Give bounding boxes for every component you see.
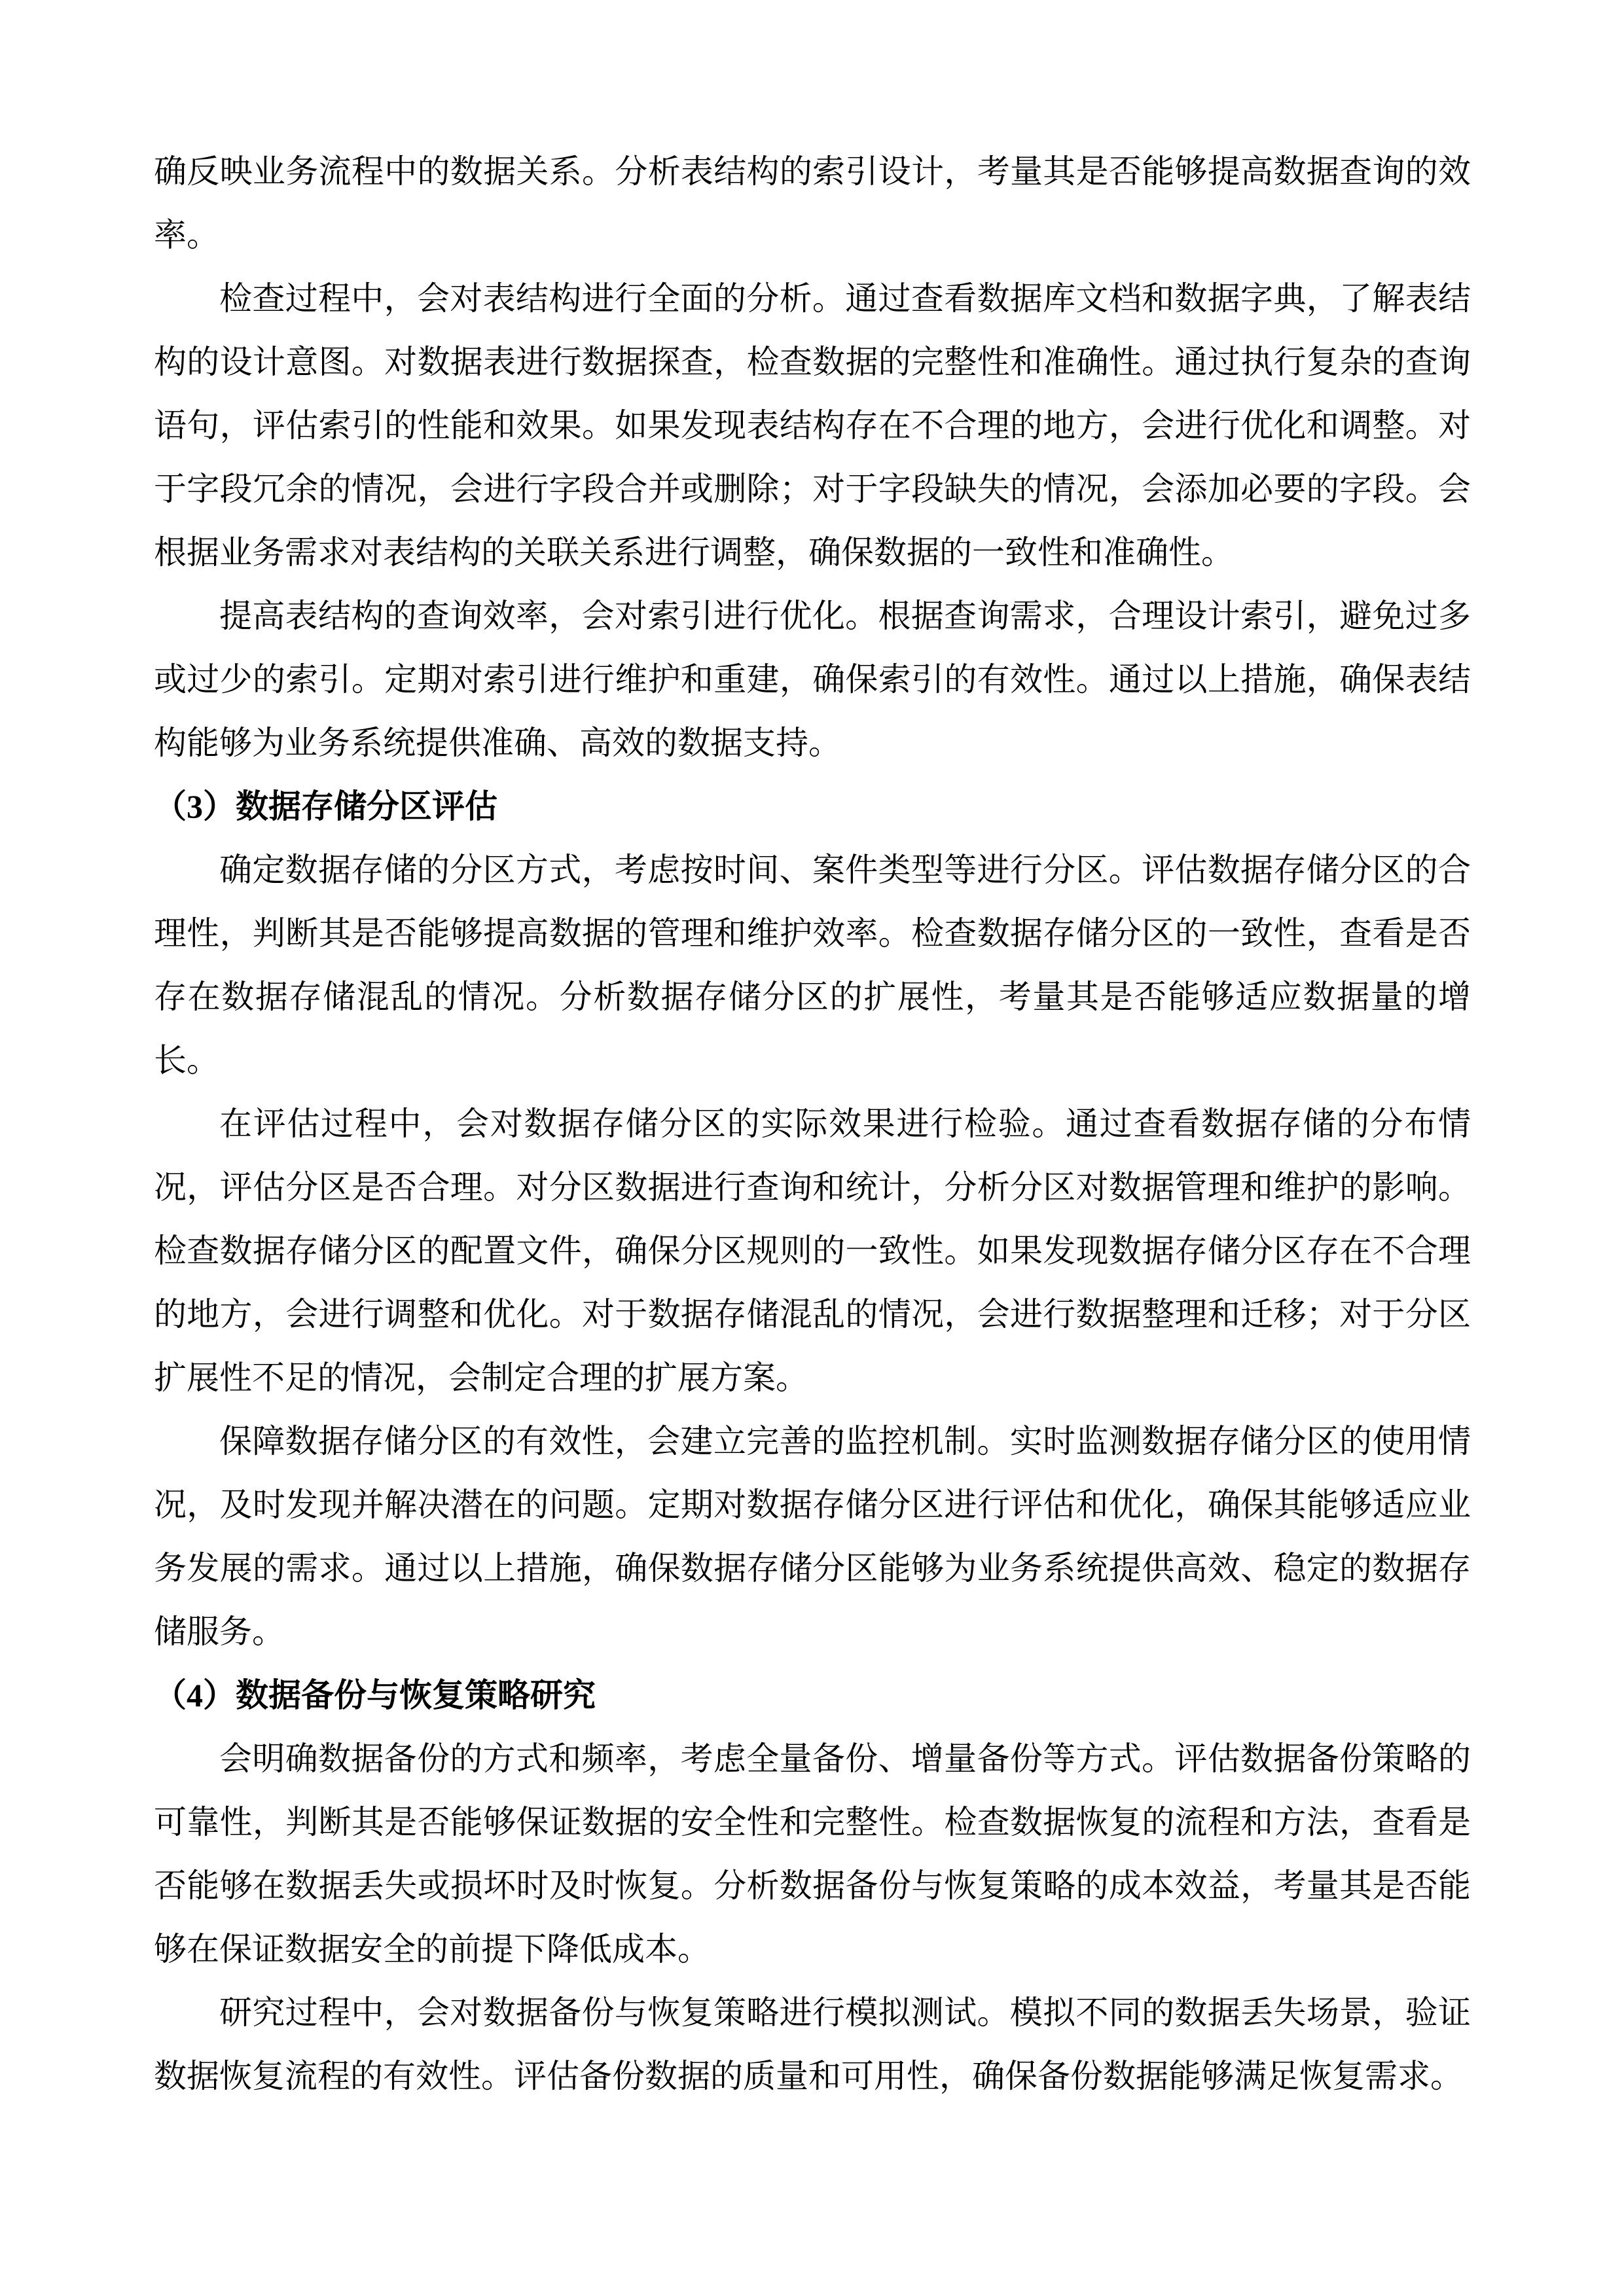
body-paragraph: 研究过程中，会对数据备份与恢复策略进行模拟测试。模拟不同的数据丢失场景，验证数据… (154, 1981, 1471, 2108)
body-paragraph: 保障数据存储分区的有效性，会建立完善的监控机制。实时监测数据存储分区的使用情况，… (154, 1410, 1471, 1664)
body-paragraph-continuation: 确反映业务流程中的数据关系。分析表结构的索引设计，考量其是否能够提高数据查询的效… (154, 140, 1471, 267)
page-body: 确反映业务流程中的数据关系。分析表结构的索引设计，考量其是否能够提高数据查询的效… (154, 140, 1471, 2108)
body-paragraph: 确定数据存储的分区方式，考虑按时间、案件类型等进行分区。评估数据存储分区的合理性… (154, 838, 1471, 1092)
body-paragraph: 提高表结构的查询效率，会对索引进行优化。根据查询需求，合理设计索引，避免过多或过… (154, 584, 1471, 775)
body-paragraph: 检查过程中，会对表结构进行全面的分析。通过查看数据库文档和数据字典，了解表结构的… (154, 267, 1471, 584)
section-heading: （4）数据备份与恢复策略研究 (154, 1664, 1471, 1727)
section-heading: （3）数据存储分区评估 (154, 775, 1471, 838)
document-page: 确反映业务流程中的数据关系。分析表结构的索引设计，考量其是否能够提高数据查询的效… (0, 0, 1624, 2296)
body-paragraph: 在评估过程中，会对数据存储分区的实际效果进行检验。通过查看数据存储的分布情况，评… (154, 1092, 1471, 1410)
body-paragraph: 会明确数据备份的方式和频率，考虑全量备份、增量备份等方式。评估数据备份策略的可靠… (154, 1727, 1471, 1981)
